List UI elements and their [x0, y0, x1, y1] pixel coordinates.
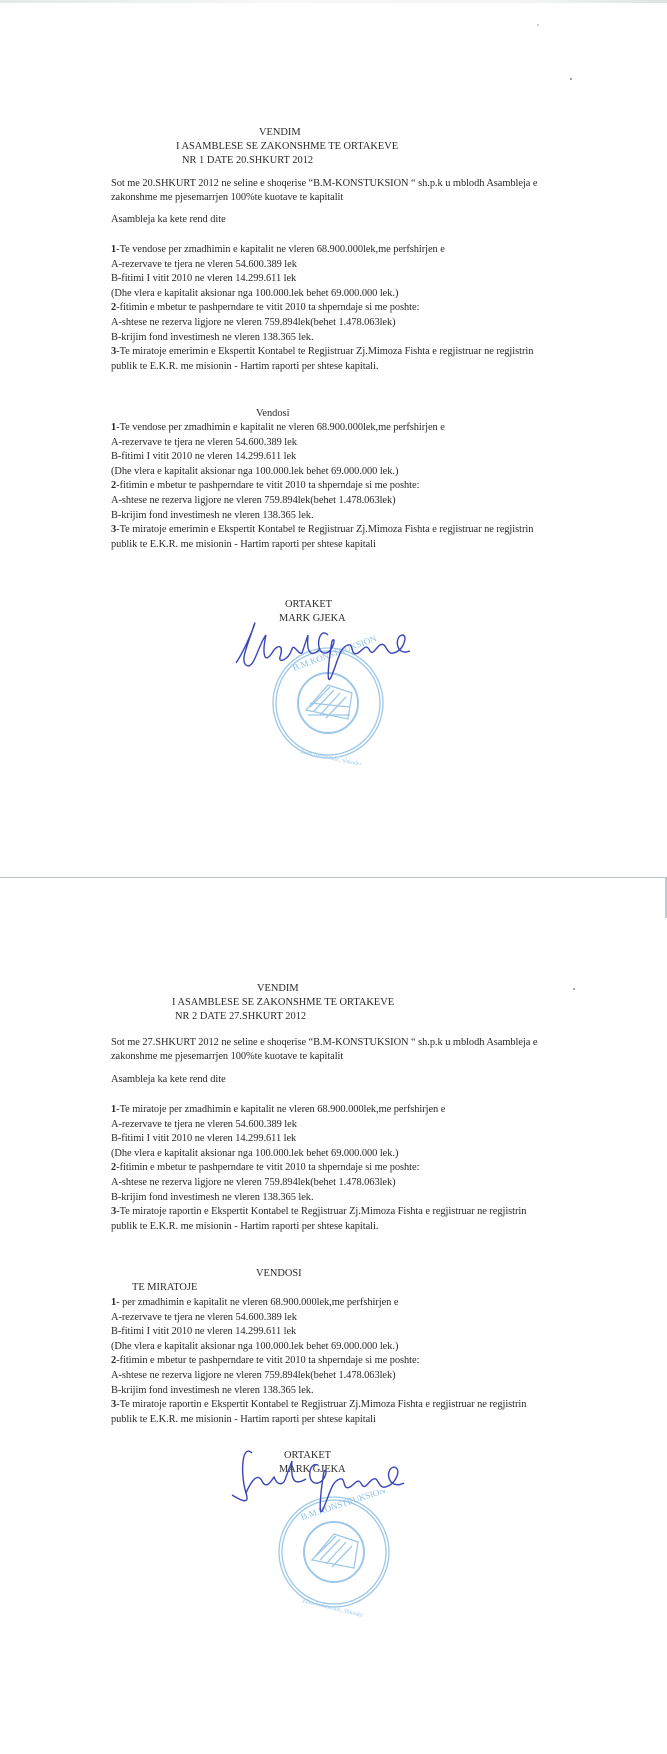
- item-text: (Dhe vlera e kapitalit aksionar nga 100.…: [111, 1148, 398, 1159]
- decision-item: 3-Te miratoje emerimin e Ekspertit Konta…: [111, 523, 533, 537]
- decision-item: 2-fitimin e mbetur te pashperndare te vi…: [111, 479, 419, 493]
- agenda-item: publik te E.K.R. me misionin - Hartim ra…: [111, 1220, 378, 1234]
- item-text: B-fitimi I vitit 2010 ne vleren 14.299.6…: [111, 1133, 296, 1144]
- agenda-item: 3-Te miratoje raportin e Ekspertit Konta…: [111, 1205, 526, 1219]
- item-text: B-fitimi I vitit 2010 ne vleren 14.299.6…: [111, 451, 296, 462]
- decision-item: (Dhe vlera e kapitalit aksionar nga 100.…: [111, 465, 398, 479]
- agenda-item: B-fitimi I vitit 2010 ne vleren 14.299.6…: [111, 272, 296, 286]
- item-text: (Dhe vlera e kapitalit aksionar nga 100.…: [111, 288, 398, 299]
- item-text: publik te E.K.R. me misionin - Hartim ra…: [111, 361, 378, 372]
- item-text: A-rezervave te tjera ne vleren 54.600.38…: [111, 1312, 297, 1323]
- agenda-label: Asambleja ka kete rend dite: [111, 1073, 226, 1087]
- signature-icon: [228, 605, 438, 690]
- item-text: A-shtese ne rezerva ligjore ne vleren 75…: [111, 1177, 396, 1188]
- agenda-item: 2-fitimin e mbetur te pashperndare te vi…: [111, 1161, 419, 1175]
- decision-subtitle: I ASAMBLESE SE ZAKONSHME TE ORTAKEVE: [172, 996, 394, 1010]
- decision-item: A-shtese ne rezerva ligjore ne vleren 75…: [111, 494, 396, 508]
- decision-item: A-rezervave te tjera ne vleren 54.600.38…: [111, 436, 297, 450]
- agenda-item: 1-Te miratoje per zmadhimin e kapitalit …: [111, 1103, 445, 1117]
- decision-item: 2-fitimin e mbetur te pashperndare te vi…: [111, 1354, 419, 1368]
- item-text: -fitimin e mbetur te pashperndare te vit…: [116, 1162, 419, 1173]
- item-text: A-shtese ne rezerva ligjore ne vleren 75…: [111, 317, 396, 328]
- scan-speck: [573, 988, 575, 990]
- item-text: -Te miratoje emerimin e Ekspertit Kontab…: [116, 346, 533, 357]
- decision-subtitle: I ASAMBLESE SE ZAKONSHME TE ORTAKEVE: [176, 140, 398, 154]
- decision-item: (Dhe vlera e kapitalit aksionar nga 100.…: [111, 1340, 398, 1354]
- item-text: -Te miratoje per zmadhimin e kapitalit n…: [116, 1104, 445, 1115]
- agenda-item: A-shtese ne rezerva ligjore ne vleren 75…: [111, 1176, 396, 1190]
- decision-item: B-fitimi I vitit 2010 ne vleren 14.299.6…: [111, 450, 296, 464]
- item-text: -Te miratoje emerimin e Ekspertit Kontab…: [116, 524, 533, 535]
- decision-section-label: VENDOSI: [256, 1267, 302, 1281]
- item-text: A-shtese ne rezerva ligjore ne vleren 75…: [111, 495, 396, 506]
- decision-item: 3-Te miratoje raportin e Ekspertit Konta…: [111, 1398, 526, 1412]
- decision-item: publik te E.K.R. me misionin - Hartim ra…: [111, 538, 376, 552]
- intro-line: Sot me 20.SHKURT 2012 ne seline e shoqer…: [111, 177, 537, 191]
- item-text: B-fitimi I vitit 2010 ne vleren 14.299.6…: [111, 1326, 296, 1337]
- intro-line: zakonshme me pjesemarrjen 100%te kuotave…: [111, 1050, 343, 1064]
- agenda-item: B-krijim fond investimesh ne vleren 138.…: [111, 1191, 314, 1205]
- agenda-item: B-krijim fond investimesh ne vleren 138.…: [111, 331, 314, 345]
- scan-speck: [570, 78, 572, 80]
- decision-section-label: Vendosi: [256, 407, 289, 421]
- intro-line: zakonshme me pjesemarrjen 100%te kuotave…: [111, 191, 343, 205]
- scan-speck: [537, 24, 539, 26]
- agenda-item: (Dhe vlera e kapitalit aksionar nga 100.…: [111, 1147, 398, 1161]
- svg-text:Zona Industriale, Shkoder: Zona Industriale, Shkoder: [302, 1598, 364, 1619]
- decision-item: A-shtese ne rezerva ligjore ne vleren 75…: [111, 1369, 396, 1383]
- signature-icon: [222, 1443, 432, 1528]
- decision-item: publik te E.K.R. me misionin - Hartim ra…: [111, 1413, 376, 1427]
- decision-item: B-krijim fond investimesh ne vleren 138.…: [111, 509, 314, 523]
- item-text: A-rezervave te tjera ne vleren 54.600.38…: [111, 259, 297, 270]
- agenda-item: B-fitimi I vitit 2010 ne vleren 14.299.6…: [111, 1132, 296, 1146]
- item-text: B-fitimi I vitit 2010 ne vleren 14.299.6…: [111, 273, 296, 284]
- document-page-2: VENDIM I ASAMBLESE SE ZAKONSHME TE ORTAK…: [0, 877, 667, 1754]
- item-text: B-krijim fond investimesh ne vleren 138.…: [111, 1192, 314, 1203]
- agenda-item: 2-fitimin e mbetur te pashperndare te vi…: [111, 301, 419, 315]
- item-text: publik te E.K.R. me misionin - Hartim ra…: [111, 1221, 378, 1232]
- item-text: -fitimin e mbetur te pashperndare te vit…: [116, 480, 419, 491]
- decision-item: B-krijim fond investimesh ne vleren 138.…: [111, 1384, 314, 1398]
- item-text: (Dhe vlera e kapitalit aksionar nga 100.…: [111, 1341, 398, 1352]
- item-text: A-rezervave te tjera ne vleren 54.600.38…: [111, 1119, 297, 1130]
- decision-item: B-fitimi I vitit 2010 ne vleren 14.299.6…: [111, 1325, 296, 1339]
- item-text: A-shtese ne rezerva ligjore ne vleren 75…: [111, 1370, 396, 1381]
- decision-title: VENDIM: [259, 126, 301, 140]
- agenda-item: 3-Te miratoje emerimin e Ekspertit Konta…: [111, 345, 533, 359]
- agenda-item: A-rezervave te tjera ne vleren 54.600.38…: [111, 1118, 297, 1132]
- item-text: -Te vendose per zmadhimin e kapitalit ne…: [116, 422, 445, 433]
- decision-number-date: NR 1 DATE 20.SHKURT 2012: [182, 154, 313, 168]
- agenda-item: publik te E.K.R. me misionin - Hartim ra…: [111, 360, 378, 374]
- agenda-label: Asambleja ka kete rend dite: [111, 213, 226, 227]
- decision-item: 1-Te vendose per zmadhimin e kapitalit n…: [111, 421, 445, 435]
- decision-item: 1- per zmadhimin e kapitalit ne vleren 6…: [111, 1296, 398, 1310]
- item-text: B-krijim fond investimesh ne vleren 138.…: [111, 510, 314, 521]
- agenda-item: A-shtese ne rezerva ligjore ne vleren 75…: [111, 316, 396, 330]
- item-text: -Te vendose per zmadhimin e kapitalit ne…: [116, 244, 445, 255]
- item-text: A-rezervave te tjera ne vleren 54.600.38…: [111, 437, 297, 448]
- agenda-item: (Dhe vlera e kapitalit aksionar nga 100.…: [111, 287, 398, 301]
- decision-title: VENDIM: [257, 982, 299, 996]
- item-text: -Te miratoje raportin e Ekspertit Kontab…: [116, 1206, 526, 1217]
- item-text: -Te miratoje raportin e Ekspertit Kontab…: [116, 1399, 526, 1410]
- item-text: publik te E.K.R. me misionin - Hartim ra…: [111, 1414, 376, 1425]
- decision-item: A-rezervave te tjera ne vleren 54.600.38…: [111, 1311, 297, 1325]
- intro-line: Sot me 27.SHKURT 2012 ne seline e shoqer…: [111, 1036, 537, 1050]
- item-text: B-krijim fond investimesh ne vleren 138.…: [111, 1385, 314, 1396]
- item-text: B-krijim fond investimesh ne vleren 138.…: [111, 332, 314, 343]
- item-text: -fitimin e mbetur te pashperndare te vit…: [116, 1355, 419, 1366]
- decision-sublabel: TE MIRATOJE: [132, 1281, 197, 1295]
- agenda-item: 1-Te vendose per zmadhimin e kapitalit n…: [111, 243, 445, 257]
- document-page-1: VENDIM I ASAMBLESE SE ZAKONSHME TE ORTAK…: [0, 0, 667, 877]
- item-text: -fitimin e mbetur te pashperndare te vit…: [116, 302, 419, 313]
- scan-edge: [0, 0, 667, 3]
- item-text: publik te E.K.R. me misionin - Hartim ra…: [111, 539, 376, 550]
- decision-number-date: NR 2 DATE 27.SHKURT 2012: [175, 1010, 306, 1024]
- item-text: - per zmadhimin e kapitalit ne vleren 68…: [116, 1297, 398, 1308]
- agenda-item: A-rezervave te tjera ne vleren 54.600.38…: [111, 258, 297, 272]
- item-text: (Dhe vlera e kapitalit aksionar nga 100.…: [111, 466, 398, 477]
